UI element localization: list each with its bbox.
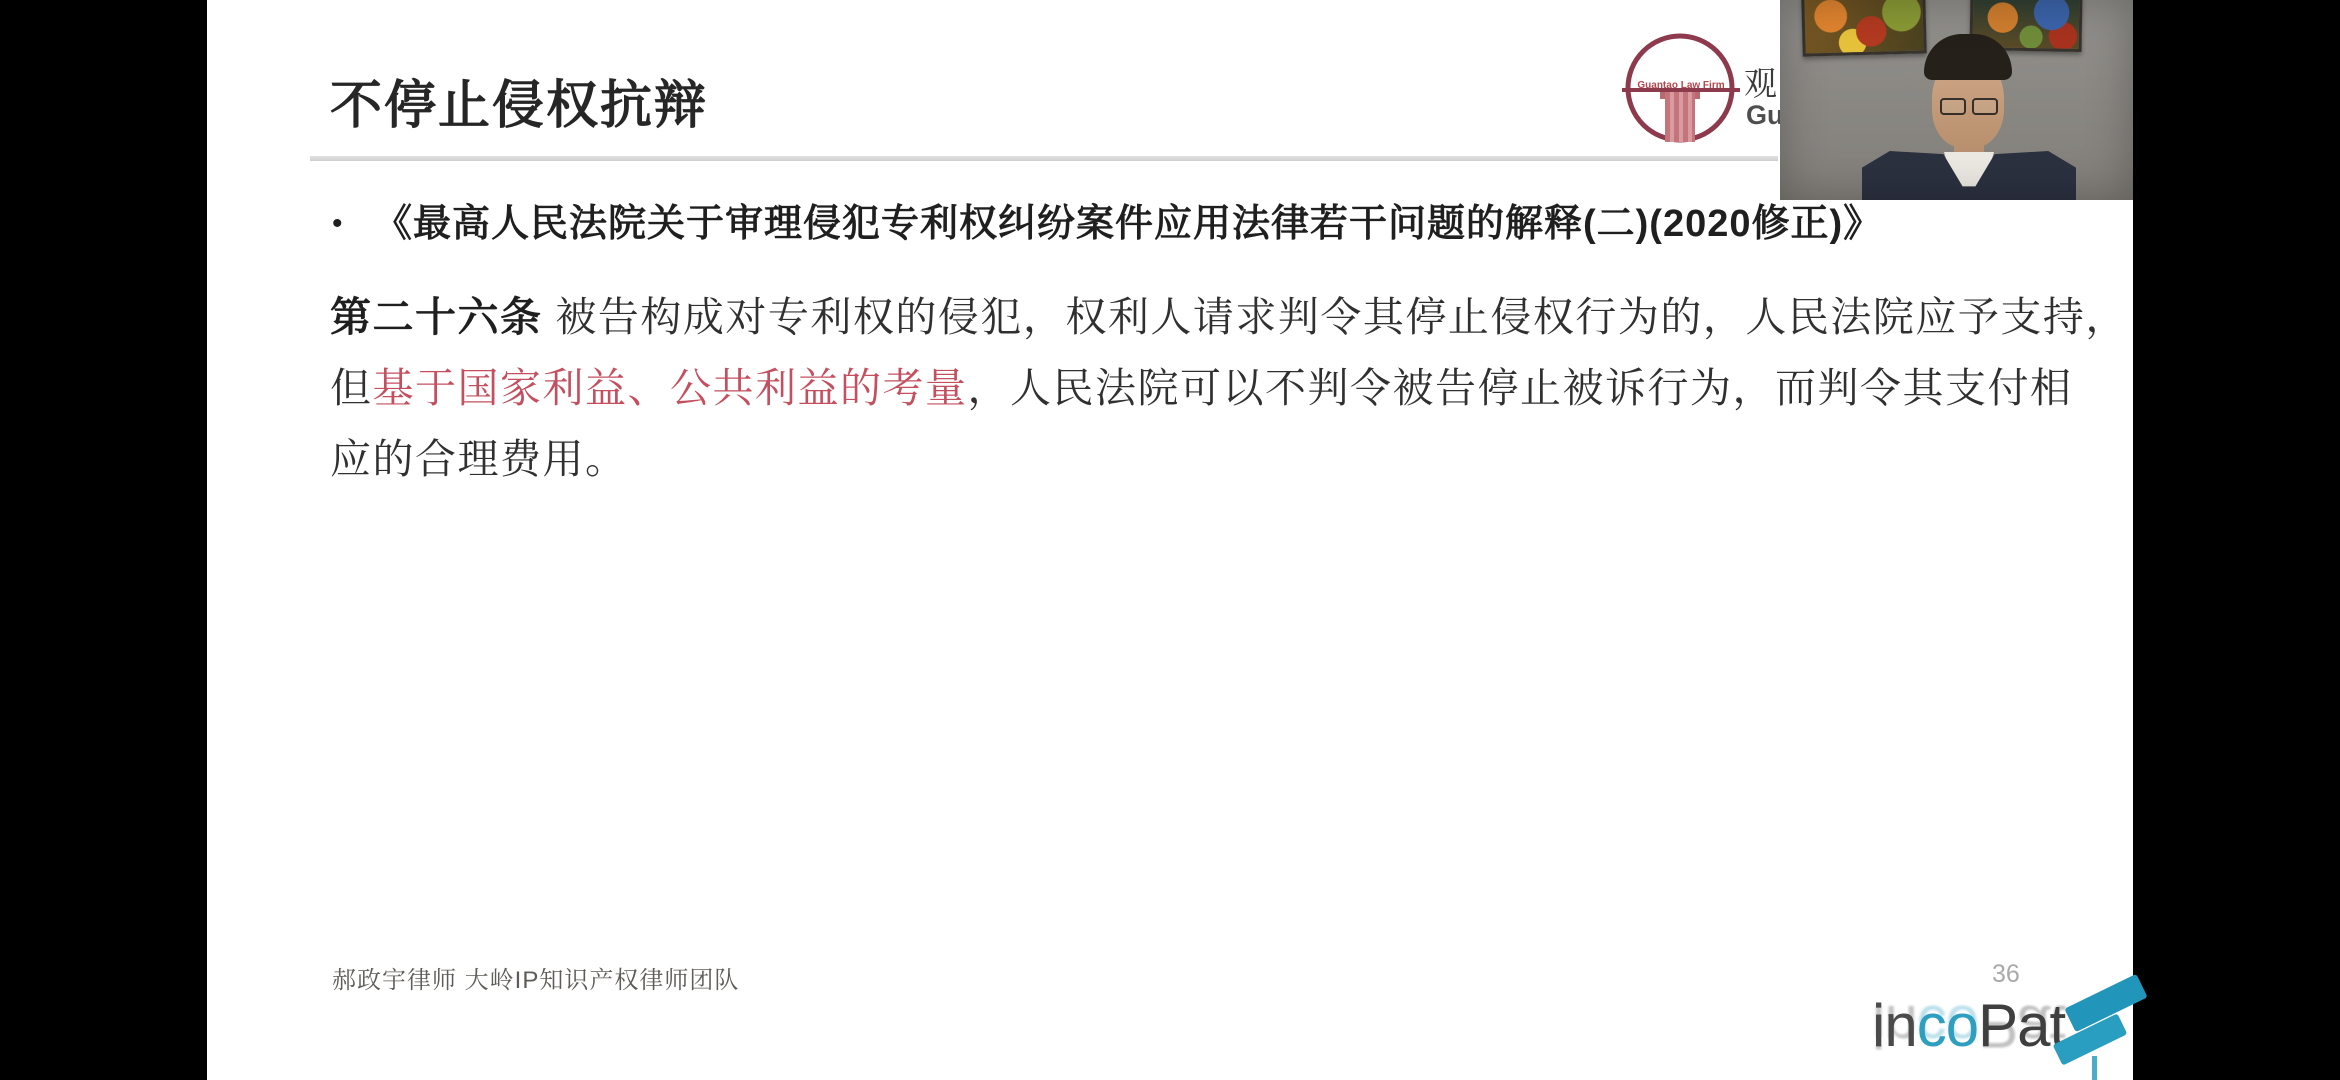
title-divider <box>310 156 1778 161</box>
incopat-flag-icon <box>2052 980 2144 1080</box>
bullet-text: 《最高人民法院关于审理侵犯专利权纠纷案件应用法律若干问题的解释(二)(2020修… <box>374 196 1882 252</box>
body-text-segment: 但 <box>330 365 373 411</box>
incopat-logo: incoPat <box>1872 994 2065 1080</box>
footer-credit: 郝政宇律师 大岭IP知识产权律师团队 <box>332 960 739 995</box>
body-text-segment: 被告构成对专利权的侵犯，权利人请求判令其停止侵权行为的，人民法院应予支持， <box>543 294 2128 340</box>
body-line-2: 但基于国家利益、公共利益的考量，人民法院可以不判令被告停止被诉行为，而判令其支付… <box>330 353 2128 424</box>
glasses-lens-right <box>1972 98 1998 115</box>
screen: 不停止侵权抗辩 • 《最高人民法院关于审理侵犯专利权纠纷案件应用法律若干问题的解… <box>0 0 2340 1080</box>
article-number: 第二十六条 <box>330 294 543 340</box>
presenter-face <box>1932 56 2004 148</box>
right-letterbox-bar <box>2133 0 2340 1080</box>
webcam-video-tile[interactable] <box>1780 0 2133 200</box>
incopat-text-in: in <box>1872 992 1917 1059</box>
incopat-wordmark: incoPat <box>1872 994 2065 1058</box>
presenter-hair <box>1924 34 2012 80</box>
guantao-ring-label: Guantao Law Firm <box>1628 80 1734 91</box>
body-line-3: 应的合理费用。 <box>330 424 2128 495</box>
page-number: 36 <box>1992 960 2020 989</box>
highlighted-red-text: 基于国家利益、公共利益的考量 <box>373 365 968 411</box>
flag-stem <box>2092 1056 2097 1080</box>
body-text-segment: 应的合理费用。 <box>330 436 628 482</box>
presenter-glasses <box>1936 98 2002 118</box>
bullet-item: • 《最高人民法院关于审理侵犯专利权纠纷案件应用法律若干问题的解释(二)(202… <box>332 196 1882 252</box>
wall-painting-right <box>1970 0 2083 52</box>
guantao-english-name: Gu <box>1746 100 1784 131</box>
glasses-lens-left <box>1940 98 1966 115</box>
presenter-shirt <box>1944 152 1994 200</box>
body-text-segment: ，人民法院可以不判令被告停止被诉行为，而判令其支付相 <box>968 365 2073 411</box>
wall-painting-left <box>1801 0 1927 57</box>
presenter-suit <box>1862 150 2076 200</box>
incopat-text-co: co <box>1917 992 1978 1059</box>
left-letterbox-bar <box>0 0 207 1080</box>
bullet-icon: • <box>332 196 374 252</box>
presenter-neck <box>1954 142 1984 164</box>
slide-title: 不停止侵权抗辩 <box>330 76 708 136</box>
body-line-1: 第二十六条 被告构成对专利权的侵犯，权利人请求判令其停止侵权行为的，人民法院应予… <box>330 282 2128 353</box>
body-paragraph: 第二十六条 被告构成对专利权的侵犯，权利人请求判令其停止侵权行为的，人民法院应予… <box>330 282 2128 495</box>
